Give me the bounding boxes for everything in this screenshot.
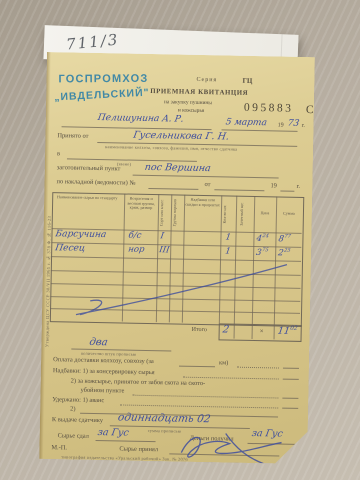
from-value-handwriting: Гусельникова Г. Н. bbox=[133, 130, 230, 143]
agent-name-handwriting: Пелишунина А. Р. bbox=[97, 113, 184, 125]
col-header-group: Возрастная и весовая группа, кряж, разме… bbox=[125, 197, 157, 212]
qty-words-handwriting: два bbox=[89, 337, 109, 348]
row1-group: б/с bbox=[128, 231, 142, 241]
col-header-qty: Кол-во шт. bbox=[223, 197, 236, 230]
mp-label: М.-П. bbox=[51, 444, 67, 451]
photo-of-receipt: { "note": { "label": "711/3" }, "stamp":… bbox=[0, 0, 360, 480]
row2-sort: III bbox=[158, 245, 170, 255]
row1-name: Барсучина bbox=[55, 229, 107, 240]
qty-words-sub-label: количество штук прописью bbox=[81, 351, 136, 357]
point-label: заготовительный пункт bbox=[57, 164, 121, 172]
point-value-handwriting: пос Вершина bbox=[144, 162, 212, 174]
deduct1-label: Удержано: 1) аванс bbox=[52, 396, 104, 404]
series-label: Серия bbox=[196, 77, 217, 83]
row2-price: 375 bbox=[255, 247, 269, 258]
series-value: ГЦ bbox=[242, 77, 252, 85]
row2-name: Песец bbox=[54, 243, 85, 254]
row1-sum: 877 bbox=[278, 233, 292, 244]
col-header-credit: Зачетный вес bbox=[240, 198, 253, 231]
row2-group: нор bbox=[127, 245, 145, 255]
pay-label: К выдаче сдатчику bbox=[52, 416, 103, 424]
deduct2-label: 2) bbox=[70, 406, 75, 413]
org-stamp-line2: „ИВДЕЛЬСКИЙ" bbox=[54, 87, 150, 104]
gave-value-handwriting: за Гус bbox=[97, 427, 130, 439]
form-title: ПРИЕМНАЯ КВИТАНЦИЯ bbox=[150, 88, 248, 97]
form-subtitle-2: и кожсырья bbox=[178, 108, 205, 115]
col-header-sort: Сорт или класс bbox=[160, 196, 171, 229]
col-header-sum: Сумма bbox=[277, 211, 301, 216]
receipt-form: Утверждена ЦСУ СССР 30/VII 1965 г. № 378… bbox=[39, 52, 315, 464]
printer-imprint: типография издательства «Уральский рабоч… bbox=[61, 454, 188, 461]
col-header-defect: Группа пороков bbox=[173, 196, 184, 229]
pay-value-handwriting: одиннадцать 02 bbox=[117, 411, 211, 425]
total-x-mark: × bbox=[260, 327, 264, 335]
bonus2b-label: убойном пункте bbox=[80, 387, 124, 395]
invoice-ot-label: от bbox=[204, 181, 210, 188]
date-century: 19 bbox=[278, 122, 284, 128]
bonus2a-label: 2) за кожсырье, принятое от забоя скота … bbox=[71, 378, 206, 388]
date-handwriting: 5 марта bbox=[225, 117, 268, 128]
invoice-label: по накладной (ведомости) № bbox=[56, 178, 135, 187]
from-label: Принято от bbox=[57, 132, 88, 140]
delivery-line-label: Оплата доставки колхозу, совхозу (за bbox=[53, 356, 154, 365]
invoice-19-label: 19 bbox=[270, 182, 277, 189]
date-g-label: г. bbox=[302, 123, 305, 129]
bonus1-label: Надбавки: 1) за консервировку сырья bbox=[53, 367, 155, 376]
delivery-km-label: км) bbox=[219, 359, 228, 366]
total-sum: 1102 bbox=[277, 325, 298, 336]
serial-number: 095883 bbox=[244, 102, 294, 115]
date-year-handwriting: 73 bbox=[287, 119, 300, 129]
total-label: Итого bbox=[192, 327, 207, 333]
row2-sum: 225 bbox=[277, 247, 291, 258]
in-label: в bbox=[57, 150, 60, 157]
diagonal-cancel-stroke bbox=[50, 256, 301, 325]
invoice-g-label: г. bbox=[296, 183, 300, 190]
form-subtitle-1: на закупку пушнины bbox=[164, 99, 212, 106]
org-stamp-line1: ГОСПРОМХОЗ bbox=[58, 73, 148, 86]
gave-label: Сырье сдал bbox=[58, 432, 89, 440]
received-label: Сырье принял bbox=[119, 445, 158, 453]
col-header-small-defects: Надбавки или скидки в процентах bbox=[185, 198, 220, 208]
col-header-price: Цена bbox=[255, 211, 275, 216]
row1-price: 424 bbox=[256, 233, 270, 244]
serial-suffix: С bbox=[306, 104, 314, 116]
pencil-inventory-number: 711/3 bbox=[65, 30, 120, 53]
